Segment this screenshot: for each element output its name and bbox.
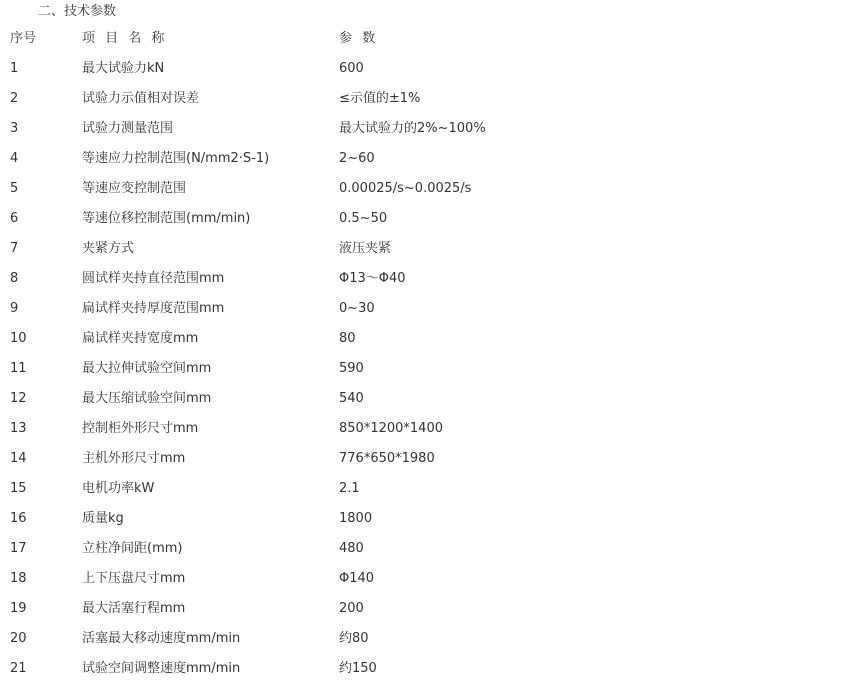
row-value: Φ140 — [339, 569, 374, 589]
row-value: 0.00025/s~0.0025/s — [339, 179, 471, 199]
row-name: 最大活塞行程mm — [82, 599, 185, 619]
row-value: 850*1200*1400 — [339, 419, 443, 439]
row-name: 夹紧方式 — [82, 239, 134, 259]
row-name: 圆试样夹持直径范围mm — [82, 269, 224, 289]
row-value: 2~60 — [339, 149, 375, 169]
row-name: 主机外形尺寸mm — [82, 449, 185, 469]
row-no: 18 — [10, 569, 27, 589]
row-no: 3 — [10, 119, 18, 139]
row-no: 6 — [10, 209, 18, 229]
row-value: 80 — [339, 329, 356, 349]
table-row: 9 扁试样夹持厚度范围mm 0~30 — [0, 299, 868, 329]
row-value: 约150 — [339, 659, 377, 679]
row-name: 控制柜外形尺寸mm — [82, 419, 198, 439]
row-no: 8 — [10, 269, 18, 289]
table-row: 18 上下压盘尺寸mm Φ140 — [0, 569, 868, 599]
row-value: 200 — [339, 599, 364, 619]
row-value: 2.1 — [339, 479, 360, 499]
table-row: 15 电机功率kW 2.1 — [0, 479, 868, 509]
row-no: 9 — [10, 299, 18, 319]
table-row: 5 等速应变控制范围 0.00025/s~0.0025/s — [0, 179, 868, 209]
table-row: 11 最大拉伸试验空间mm 590 — [0, 359, 868, 389]
row-name: 试验空间调整速度mm/min — [82, 659, 240, 679]
row-name: 最大试验力kN — [82, 59, 164, 79]
row-no: 4 — [10, 149, 18, 169]
table-row: 6 等速位移控制范围(mm/min) 0.5~50 — [0, 209, 868, 239]
table-row: 14 主机外形尺寸mm 776*650*1980 — [0, 449, 868, 479]
row-value: 1800 — [339, 509, 372, 529]
row-no: 2 — [10, 89, 18, 109]
row-no: 20 — [10, 629, 27, 649]
table-row: 16 质量kg 1800 — [0, 509, 868, 539]
row-no: 7 — [10, 239, 18, 259]
table-row: 21 试验空间调整速度mm/min 约150 — [0, 659, 868, 686]
row-value: ≤示值的±1% — [339, 89, 420, 109]
row-value: 0~30 — [339, 299, 375, 319]
row-value: 600 — [339, 59, 364, 79]
row-value: 480 — [339, 539, 364, 559]
row-name: 等速位移控制范围(mm/min) — [82, 209, 250, 229]
row-name: 质量kg — [82, 509, 124, 529]
row-name: 上下压盘尺寸mm — [82, 569, 185, 589]
header-name: 项 目 名 称 — [82, 29, 167, 49]
row-name: 扁试样夹持宽度mm — [82, 329, 198, 349]
row-no: 15 — [10, 479, 27, 499]
header-no: 序号 — [10, 29, 36, 49]
table-row: 19 最大活塞行程mm 200 — [0, 599, 868, 629]
row-no: 11 — [10, 359, 27, 379]
table-row: 2 试验力示值相对误差 ≤示值的±1% — [0, 89, 868, 119]
row-no: 13 — [10, 419, 27, 439]
row-name: 扁试样夹持厚度范围mm — [82, 299, 224, 319]
table-row: 7 夹紧方式 液压夹紧 — [0, 239, 868, 269]
table-row: 17 立柱净间距(mm) 480 — [0, 539, 868, 569]
row-name: 等速应变控制范围 — [82, 179, 186, 199]
row-no: 14 — [10, 449, 27, 469]
row-value: 590 — [339, 359, 364, 379]
table-row: 20 活塞最大移动速度mm/min 约80 — [0, 629, 868, 659]
section-title: 二、技术参数 — [38, 2, 116, 22]
table-row: 12 最大压缩试验空间mm 540 — [0, 389, 868, 419]
row-value: 0.5~50 — [339, 209, 387, 229]
row-no: 16 — [10, 509, 27, 529]
row-name: 活塞最大移动速度mm/min — [82, 629, 240, 649]
row-name: 试验力测量范围 — [82, 119, 173, 139]
row-no: 19 — [10, 599, 27, 619]
row-name: 最大拉伸试验空间mm — [82, 359, 211, 379]
row-name: 最大压缩试验空间mm — [82, 389, 211, 409]
row-value: 540 — [339, 389, 364, 409]
table-row: 1 最大试验力kN 600 — [0, 59, 868, 89]
row-no: 12 — [10, 389, 27, 409]
table-row: 4 等速应力控制范围(N/mm2·S-1) 2~60 — [0, 149, 868, 179]
table-header-row: 序号 项 目 名 称 参 数 — [0, 29, 868, 59]
row-value: 最大试验力的2%~100% — [339, 119, 486, 139]
spec-table: 序号 项 目 名 称 参 数 1 最大试验力kN 600 2 试验力示值相对误差… — [0, 29, 868, 686]
row-no: 21 — [10, 659, 27, 679]
row-value: Φ13～Φ40 — [339, 269, 406, 289]
header-value: 参 数 — [339, 29, 378, 49]
row-value: 776*650*1980 — [339, 449, 435, 469]
row-no: 1 — [10, 59, 18, 79]
row-name: 电机功率kW — [82, 479, 154, 499]
table-row: 10 扁试样夹持宽度mm 80 — [0, 329, 868, 359]
row-no: 10 — [10, 329, 27, 349]
row-name: 立柱净间距(mm) — [82, 539, 182, 559]
table-row: 3 试验力测量范围 最大试验力的2%~100% — [0, 119, 868, 149]
table-row: 13 控制柜外形尺寸mm 850*1200*1400 — [0, 419, 868, 449]
table-row: 8 圆试样夹持直径范围mm Φ13～Φ40 — [0, 269, 868, 299]
row-name: 等速应力控制范围(N/mm2·S-1) — [82, 149, 269, 169]
row-no: 17 — [10, 539, 27, 559]
row-no: 5 — [10, 179, 18, 199]
row-value: 约80 — [339, 629, 369, 649]
row-name: 试验力示值相对误差 — [82, 89, 199, 109]
row-value: 液压夹紧 — [339, 239, 391, 259]
